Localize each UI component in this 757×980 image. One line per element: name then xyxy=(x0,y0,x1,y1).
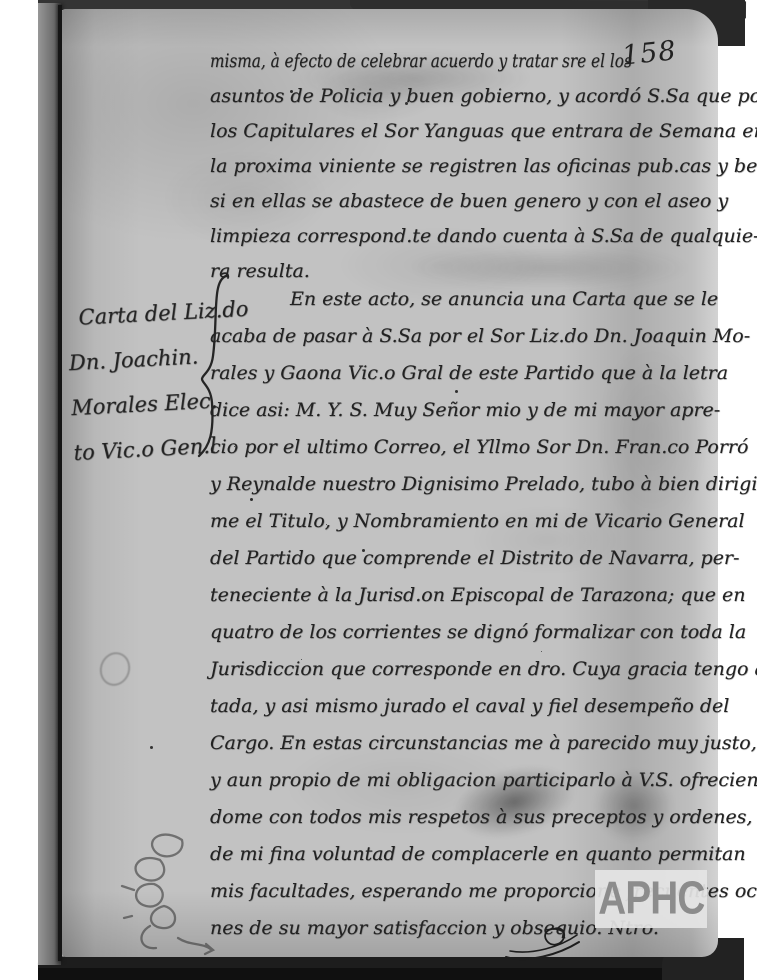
ms-line: los Capitulares el Sor Yanguas que entra… xyxy=(210,114,707,149)
ms-line: y Reynalde nuestro Dignisimo Prelado, tu… xyxy=(210,466,707,503)
ms-line: dice asi: M. Y. S. Muy Señor mio y de mi… xyxy=(210,392,707,429)
manuscript-paragraph-2: En este acto, se anuncia una Carta que s… xyxy=(210,281,707,947)
ms-line: la proxima viniente se registren las ofi… xyxy=(210,149,707,184)
ms-line: dome con todos mis respetos à sus precep… xyxy=(210,799,707,836)
ms-line: de mi fina voluntad de complacerle en qu… xyxy=(210,836,707,873)
ms-line: teneciente à la Jurisd.on Episcopal de T… xyxy=(210,577,707,614)
ink-specks xyxy=(0,0,3,3)
ms-line: asuntos de Policia y buen gobierno, y ac… xyxy=(210,79,707,114)
ms-line: cio por el ultimo Correo, el Yllmo Sor D… xyxy=(210,429,707,466)
manuscript-scan: 158 Carta del Liz.doDn. Joachin.Morales … xyxy=(0,0,757,980)
book-edge-bottom-dark xyxy=(38,968,744,980)
ms-line: Cargo. En estas circunstancias me à pare… xyxy=(210,725,707,762)
ms-line: misma, à efecto de celebrar acuerdo y tr… xyxy=(210,44,610,79)
aphc-watermark: APHC xyxy=(595,870,707,928)
ms-line: En este acto, se anuncia una Carta que s… xyxy=(290,281,707,318)
ms-line: tada, y asi mismo jurado el caval y fiel… xyxy=(210,688,707,725)
ms-line: limpieza correspond.te dando cuenta à S.… xyxy=(210,219,707,254)
ms-line: si en ellas se abastece de buen genero y… xyxy=(210,184,707,219)
ms-line: Jurisdiccion que corresponde en dro. Cuy… xyxy=(210,651,707,688)
ink-doodle xyxy=(120,826,228,958)
ms-line: rales y Gaona Vic.o Gral de este Partido… xyxy=(210,355,707,392)
ms-line: acaba de pasar à S.Sa por el Sor Liz.do … xyxy=(210,318,707,355)
signature-flourish xyxy=(500,924,584,964)
manuscript-paragraph-1: misma, à efecto de celebrar acuerdo y tr… xyxy=(210,44,707,289)
ms-line: quatro de los corrientes se dignó formal… xyxy=(210,614,707,651)
aphc-watermark-text: APHC xyxy=(598,873,704,926)
ms-line: y aun propio de mi obligacion participar… xyxy=(210,762,707,799)
ms-line: del Partido que comprende el Distrito de… xyxy=(210,540,707,577)
ms-line: me el Titulo, y Nombramiento en mi de Vi… xyxy=(210,503,707,540)
